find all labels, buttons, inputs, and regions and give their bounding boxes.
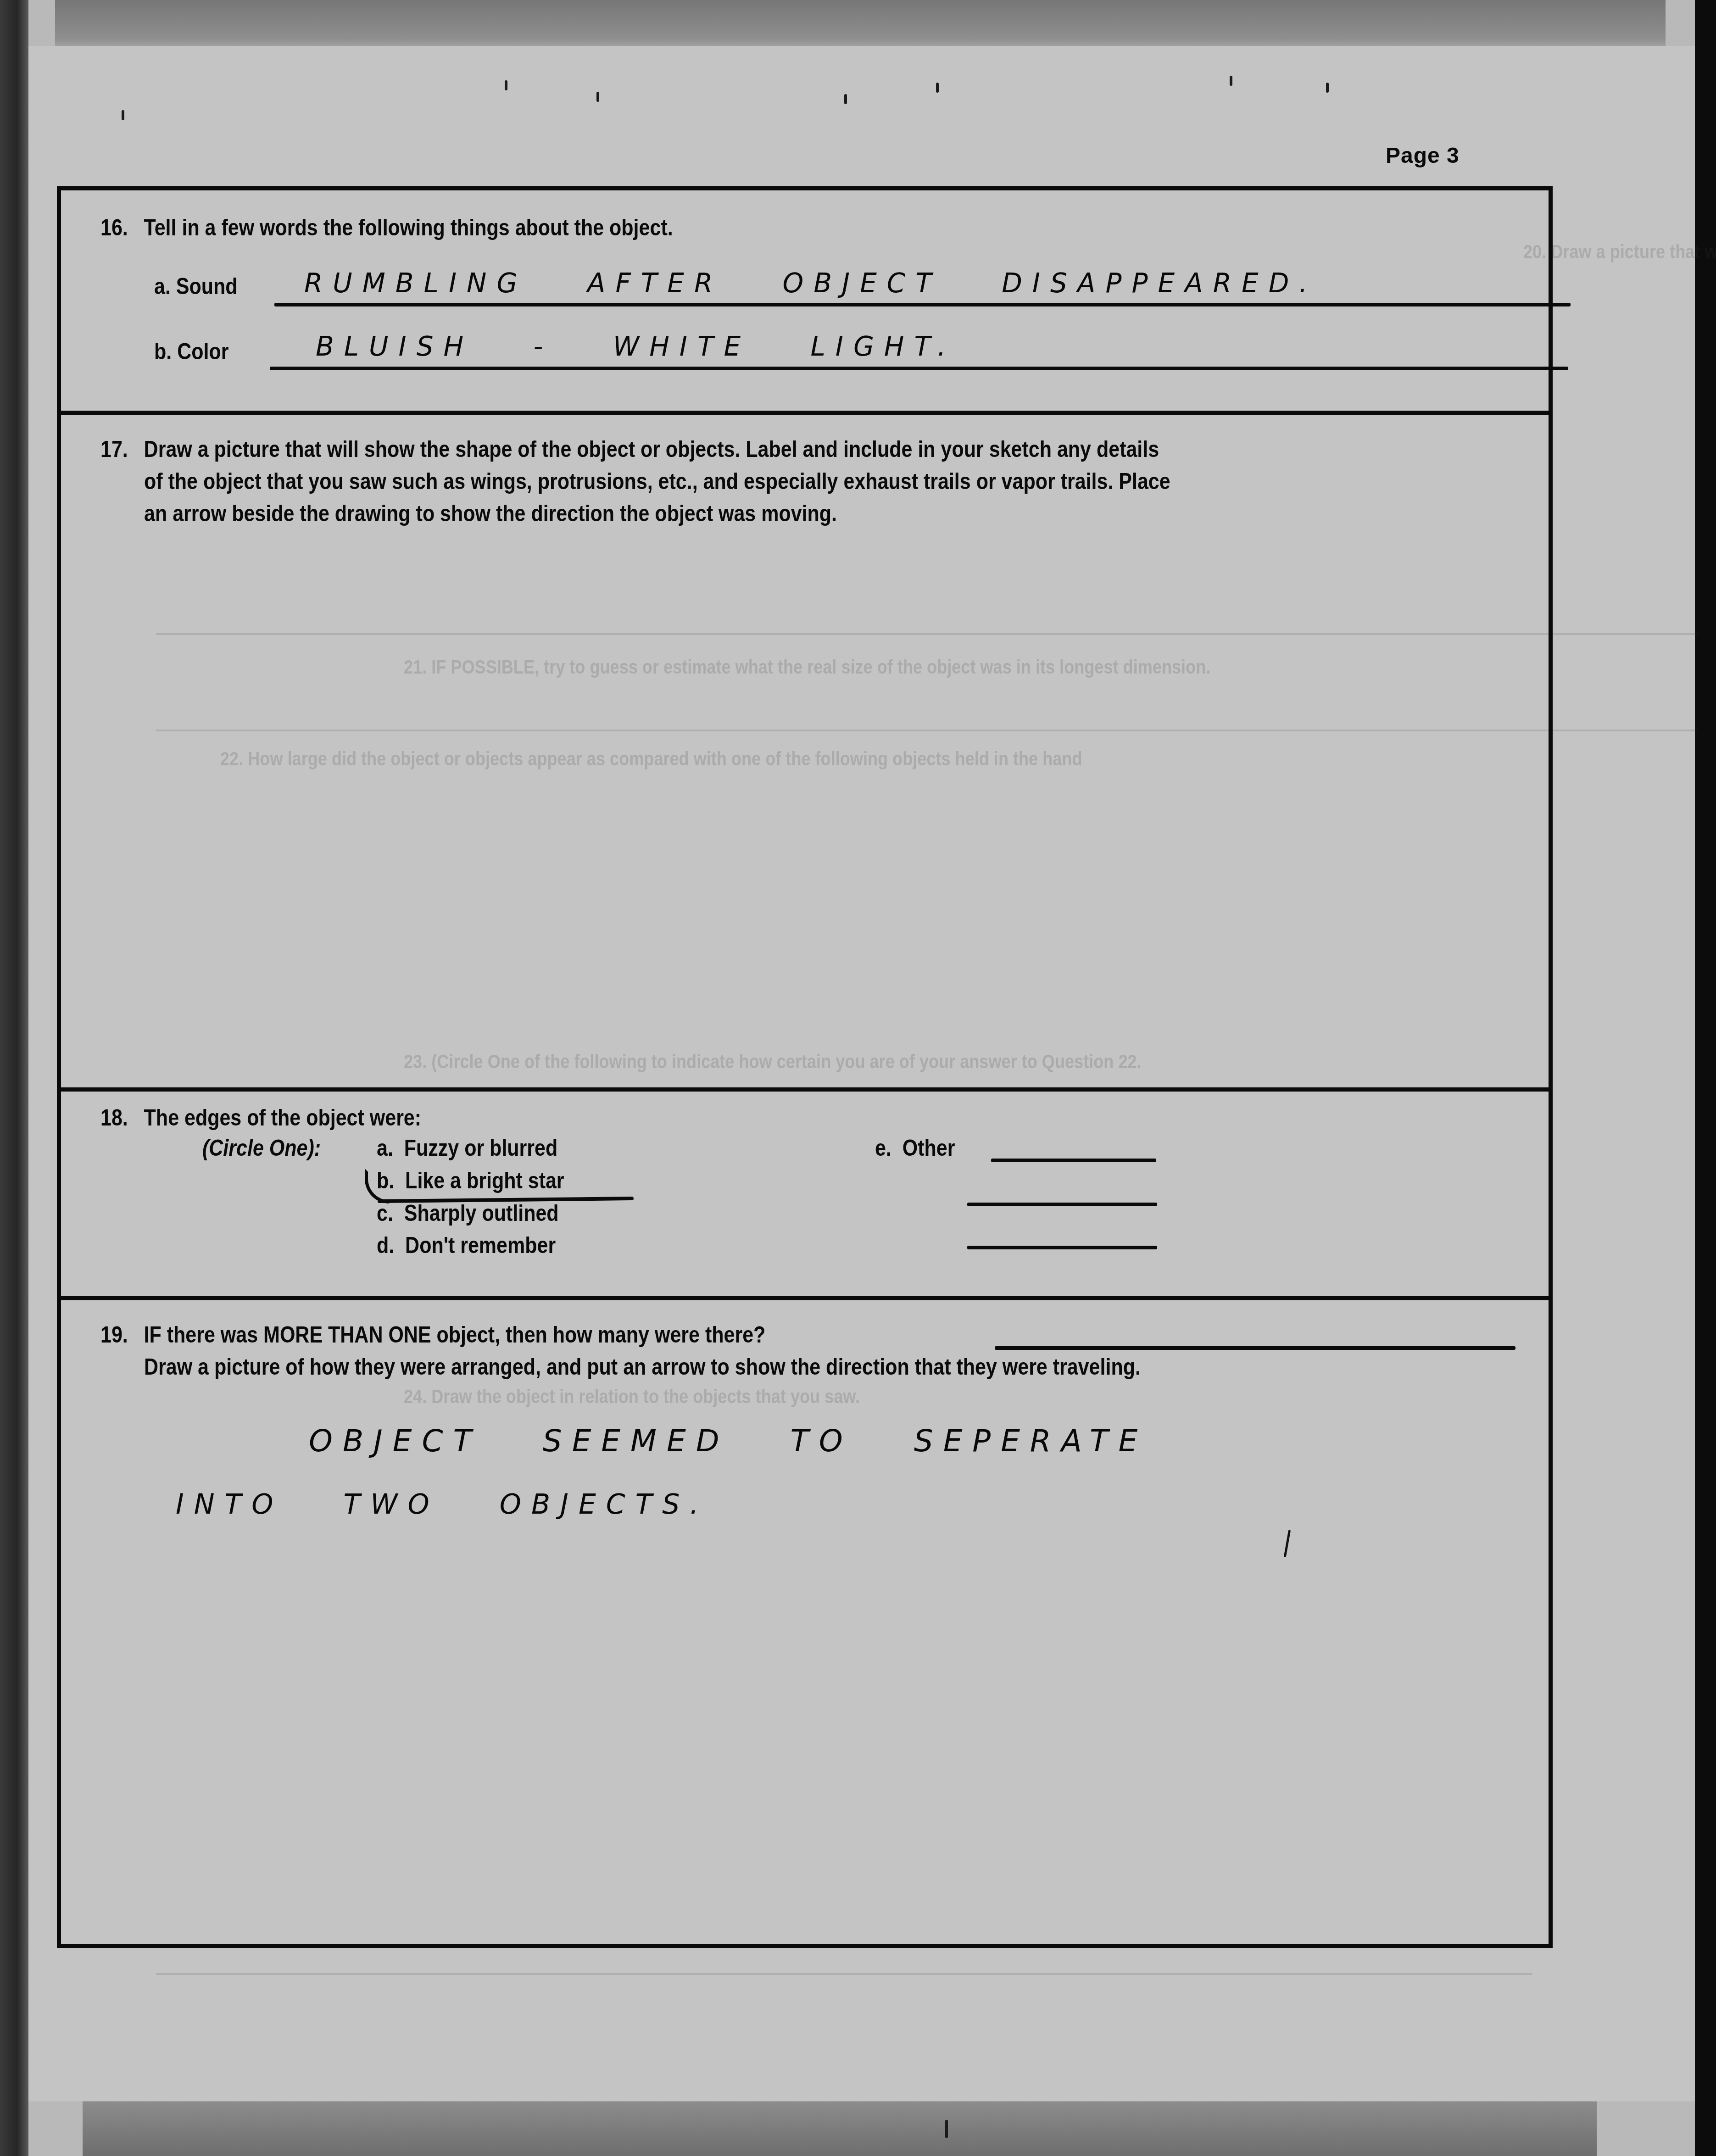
scan-left-edge (0, 0, 28, 2156)
edge-option-c[interactable]: c. Sharply outlined (377, 1200, 559, 1226)
page-number: Page 3 (1386, 143, 1460, 168)
question-number: 18. (100, 1103, 144, 1133)
section-divider (61, 1087, 1549, 1092)
question-19: 19.IF there was MORE THAN ONE object, th… (61, 1300, 1549, 1947)
scan-speck (1326, 83, 1329, 93)
edge-option-a[interactable]: a. Fuzzy or blurred (377, 1135, 557, 1161)
other-field-line[interactable] (991, 1159, 1156, 1162)
circle-one-instruction: (Circle One): (202, 1135, 321, 1161)
selection-circle-mark (365, 1169, 390, 1203)
arrangement-sketch-area[interactable]: OBJECT SEEMED TO SEPERATE INTO TWO OBJEC… (89, 1392, 1520, 1933)
sketch-area[interactable] (89, 543, 1520, 1075)
scan-speck (936, 83, 939, 93)
question-17-prompt-line-2: of the object that you saw such as wings… (144, 466, 1170, 496)
question-17: 17.Draw a picture that will show the sha… (61, 415, 1549, 1087)
other-field-line-3[interactable] (967, 1246, 1157, 1249)
question-19-prompt-line-1: 19.IF there was MORE THAN ONE object, th… (100, 1320, 765, 1350)
question-number: 19. (100, 1320, 144, 1350)
question-16-prompt: 16.Tell in a few words the following thi… (100, 212, 673, 243)
scan-speck (596, 92, 599, 102)
question-19-prompt-line-2: Draw a picture of how they were arranged… (144, 1352, 1141, 1382)
question-16: 16.Tell in a few words the following thi… (61, 190, 1549, 415)
edge-option-b-selected[interactable]: b. Like a bright star (377, 1167, 564, 1194)
scan-speck (1230, 76, 1232, 86)
scan-speck (122, 110, 124, 120)
question-number: 17. (100, 434, 144, 464)
scan-speck (945, 2120, 948, 2138)
pen-stroke-mark (1284, 1530, 1291, 1557)
question-number: 16. (100, 212, 144, 243)
color-field-value[interactable]: BLUISH - WHITE LIGHT. (316, 331, 956, 362)
question-18-prompt: 18.The edges of the object were: (100, 1103, 421, 1133)
edge-option-e[interactable]: e. Other (875, 1135, 955, 1161)
section-divider (61, 1296, 1549, 1300)
section-divider (61, 411, 1549, 415)
sound-field-value[interactable]: RUMBLING AFTER OBJECT DISAPPEARED. (304, 267, 1318, 299)
color-label: b. Color (154, 338, 228, 365)
form-frame: 16.Tell in a few words the following thi… (57, 186, 1553, 1948)
bleed-through-rule (156, 1973, 1532, 1975)
sound-field-line[interactable] (274, 303, 1571, 306)
scan-speck (505, 80, 507, 90)
other-field-line-2[interactable] (967, 1203, 1157, 1206)
color-field-line[interactable] (270, 367, 1568, 370)
question-17-prompt-line-3: an arrow beside the drawing to show the … (144, 498, 837, 529)
scan-bottom-edge (83, 2101, 1597, 2156)
edge-option-d[interactable]: d. Don't remember (377, 1232, 556, 1259)
handwritten-note-line-1: OBJECT SEEMED TO SEPERATE (309, 1423, 1148, 1459)
object-count-field-line[interactable] (995, 1346, 1515, 1350)
scan-speck (844, 94, 847, 104)
sound-label: a. Sound (154, 273, 238, 300)
question-18: 18.The edges of the object were: (Circle… (61, 1092, 1549, 1303)
handwritten-note-line-2: INTO TWO OBJECTS. (176, 1488, 709, 1521)
scan-right-edge (1695, 0, 1716, 2156)
question-17-prompt-line-1: 17.Draw a picture that will show the sha… (100, 434, 1159, 464)
